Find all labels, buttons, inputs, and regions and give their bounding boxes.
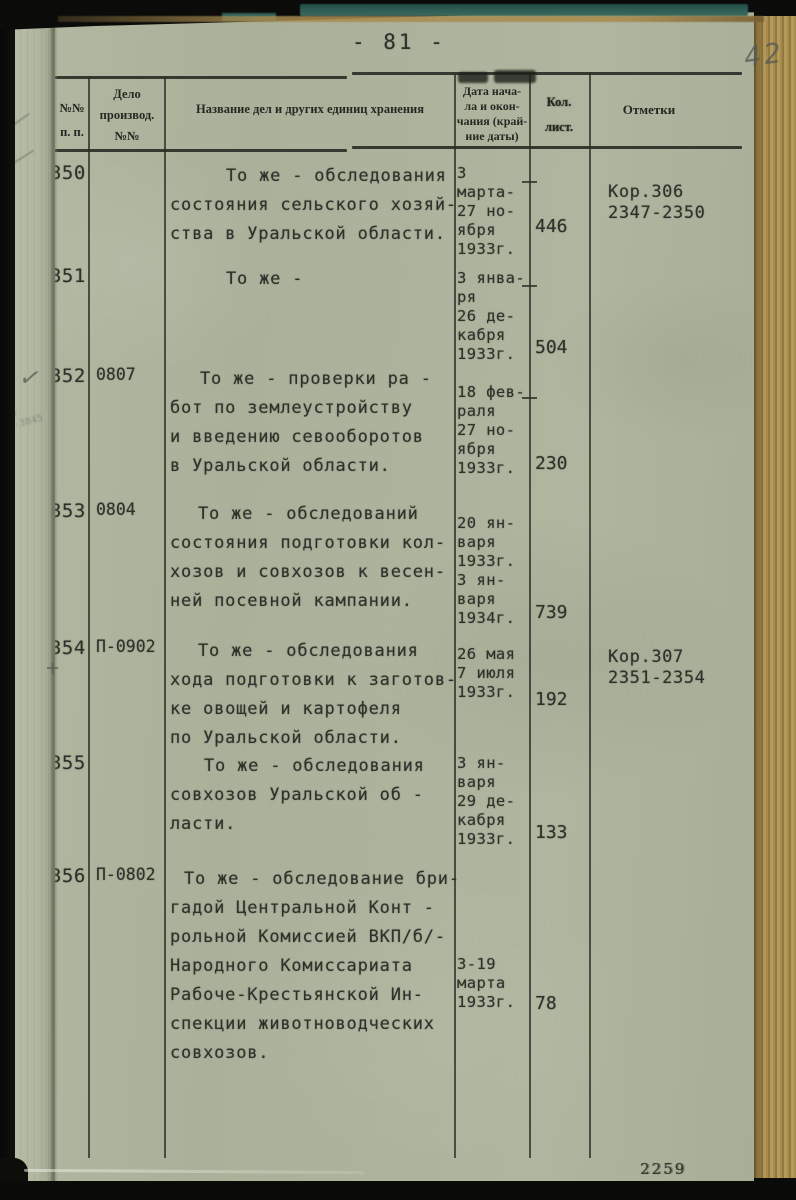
remarks: Кор.3062347-2350	[608, 160, 750, 224]
remarks: Кор.3072351-2354	[608, 635, 750, 689]
date-range: 26 мая7 июля1933г.	[457, 635, 531, 702]
pen-tick	[522, 397, 537, 399]
binding-crease	[50, 16, 57, 1184]
sheet-count: 192	[535, 635, 587, 710]
header-dates: Дата нача-ла и окон-чания (край-ние даты…	[455, 84, 529, 144]
page-curl-highlight	[24, 1169, 364, 1174]
case-office-number: П-0902	[96, 637, 164, 656]
date-range: 3 янва-ря26 де-кабря1933г.	[457, 263, 531, 364]
case-title: То же - проверки ра -бот по землеустройс…	[170, 365, 460, 481]
header-sheet-count: Кол.лист.	[529, 90, 589, 140]
archival-sheet-stamp: 2259	[640, 1160, 686, 1178]
case-office-number: П-0802	[96, 865, 164, 884]
header-title: Название дел и других единиц хранения	[166, 102, 454, 117]
table-body: 2350 То же - обследованиясостояния сельс…	[0, 160, 750, 1158]
table-row: 2353 0804 То же - обследованийсостояния …	[0, 498, 750, 635]
date-range: 3-19марта1933г.	[457, 863, 531, 1012]
header-bottom-rule	[55, 149, 347, 152]
case-title: То же - обследование бри-гадой Центральн…	[170, 865, 460, 1068]
date-range: 3 марта-27 но-ября1933г.	[457, 160, 531, 259]
sheet-count: 230	[535, 363, 587, 474]
handwritten-folio-number: 42	[742, 35, 786, 73]
page-number: - 81 -	[352, 30, 446, 54]
right-page-stack-edge	[754, 0, 796, 1200]
previous-page-edge	[13, 10, 55, 1190]
table-row: 2351 То же - 3 янва-ря26 де-кабря1933г. …	[0, 263, 750, 363]
book-cover-strip	[300, 4, 748, 16]
case-title: То же - обследованийсостояния подготовки…	[170, 500, 460, 616]
case-office-number: 0804	[96, 500, 164, 519]
header-item-number: №№п. п.	[55, 96, 89, 144]
pencil-plus-mark: +	[46, 656, 59, 681]
case-title: То же - обследованиясовхозов Уральской о…	[170, 752, 460, 839]
header-case-number: Делопроизвод.№№	[90, 84, 164, 147]
left-scan-edge	[0, 0, 15, 1200]
page-stack-top-edge	[58, 16, 764, 22]
sheet-count: 504	[535, 263, 587, 358]
header-bottom-rule	[352, 146, 742, 149]
scanned-archive-page: 305 41-3845 - 81 - 42 №№п. п. Делопроизв…	[0, 0, 796, 1200]
header-remarks: Отметки	[589, 102, 709, 117]
date-range: 3 ян-варя29 де-кабря1933г.	[457, 750, 531, 849]
ink-smudge	[494, 70, 536, 83]
table-row: 2352 0807 То же - проверки ра -бот по зе…	[0, 363, 750, 498]
date-range: 18 фев-раля27 но-ября1933г.	[457, 363, 531, 478]
case-title: То же - обследованияхода подготовки к за…	[170, 637, 460, 753]
date-range: 20 ян-варя1933г.3 ян-варя1934г.	[457, 498, 531, 628]
table-row: 2350 То же - обследованиясостояния сельс…	[0, 160, 750, 263]
table-row: 2355 То же - обследованиясовхозов Уральс…	[0, 750, 750, 863]
sheet-count: 446	[535, 160, 587, 237]
pen-tick	[522, 285, 537, 287]
ink-smudge	[458, 72, 488, 83]
pen-tick	[522, 181, 537, 183]
case-office-number: 0807	[96, 365, 164, 384]
table-row: 2354 П-0902 То же - обследованияхода под…	[0, 635, 750, 750]
case-title: То же - обследованиясостояния сельского …	[170, 162, 460, 249]
table-top-rule	[55, 76, 347, 79]
case-title: То же -	[170, 265, 460, 294]
sheet-count: 133	[535, 750, 587, 843]
table-row: 2356 П-0802 То же - обследование бри-гад…	[0, 863, 750, 1158]
bottom-scan-edge	[0, 1181, 796, 1200]
sheet-count: 78	[535, 863, 587, 1014]
sheet-count: 739	[535, 498, 587, 623]
table-top-rule	[352, 72, 742, 75]
